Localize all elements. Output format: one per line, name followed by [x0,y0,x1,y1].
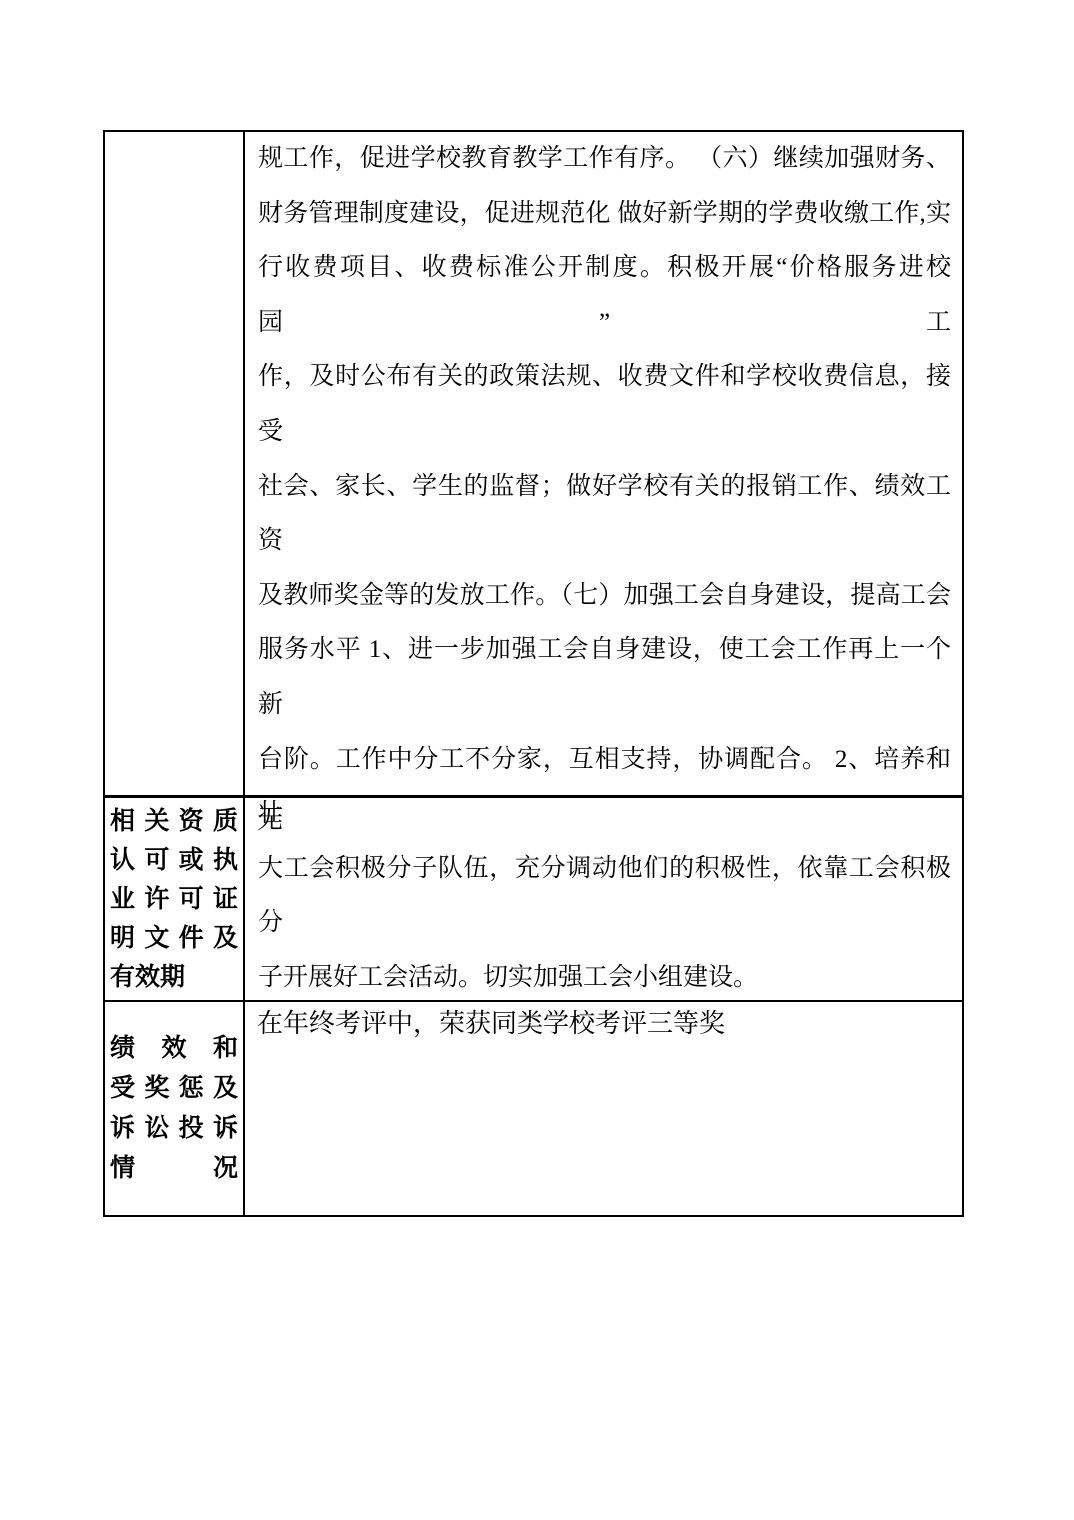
record-table: 规工作，促进学校教育教学工作有序。 （六）继续加强财务、财务管理制度建设，促进规… [103,130,964,1217]
work-summary-content-cell: 规工作，促进学校教育教学工作有序。 （六）继续加强财务、财务管理制度建设，促进规… [245,132,962,795]
work-summary-line: 及教师奖金等的发放工作。（七）加强工会自身建设，提高工会 [258,569,951,624]
work-summary-row: 规工作，促进学校教育教学工作有序。 （六）继续加强财务、财务管理制度建设，促进规… [105,132,962,798]
qualification-header-line: 明文件及 [110,919,238,958]
qualification-header-line: 有效期 [110,958,238,997]
qualification-row: 相关资质认可或执业许可证明文件及有效期 无 [105,798,962,1002]
qualification-content-cell: 无 [245,798,962,1000]
performance-header-cell: 绩效和受奖惩及诉讼投诉情况 [105,1002,245,1215]
performance-header-line: 诉讼投诉 [110,1109,238,1149]
work-summary-line: 财务管理制度建设，促进规范化 做好新学期的学费收缴工作,实 [258,187,951,242]
performance-header-line: 受奖惩及 [110,1069,238,1109]
performance-content-cell: 在年终考评中，荣获同类学校考评三等奖 [245,1002,962,1215]
document-page: 规工作，促进学校教育教学工作有序。 （六）继续加强财务、财务管理制度建设，促进规… [0,0,1074,1520]
qualification-header-cell: 相关资质认可或执业许可证明文件及有效期 [105,798,245,1000]
qualification-header-line: 业许可证 [110,880,238,919]
performance-header-line: 绩效和 [110,1029,238,1069]
performance-row: 绩效和受奖惩及诉讼投诉情况 在年终考评中，荣获同类学校考评三等奖 [105,1002,962,1215]
work-summary-line: 社会、家长、学生的监督；做好学校有关的报销工作、绩效工资 [258,460,951,569]
work-summary-header-cell [105,132,245,795]
performance-header-line: 情况 [110,1149,238,1189]
performance-content: 在年终考评中，荣获同类学校考评三等奖 [257,1009,725,1038]
work-summary-line: 规工作，促进学校教育教学工作有序。 （六）继续加强财务、 [258,132,951,187]
qualification-content: 无 [257,805,283,834]
qualification-header-line: 相关资质 [110,802,238,841]
qualification-header-line: 认可或执 [110,841,238,880]
work-summary-line: 作，及时公布有关的政策法规、收费文件和学校收费信息，接受 [258,350,951,459]
work-summary-line: 服务水平 1、进一步加强工会自身建设，使工会工作再上一个新 [258,623,951,732]
work-summary-line: 行收费项目、收费标准公开制度。积极开展“价格服务进校园”工 [258,241,951,350]
